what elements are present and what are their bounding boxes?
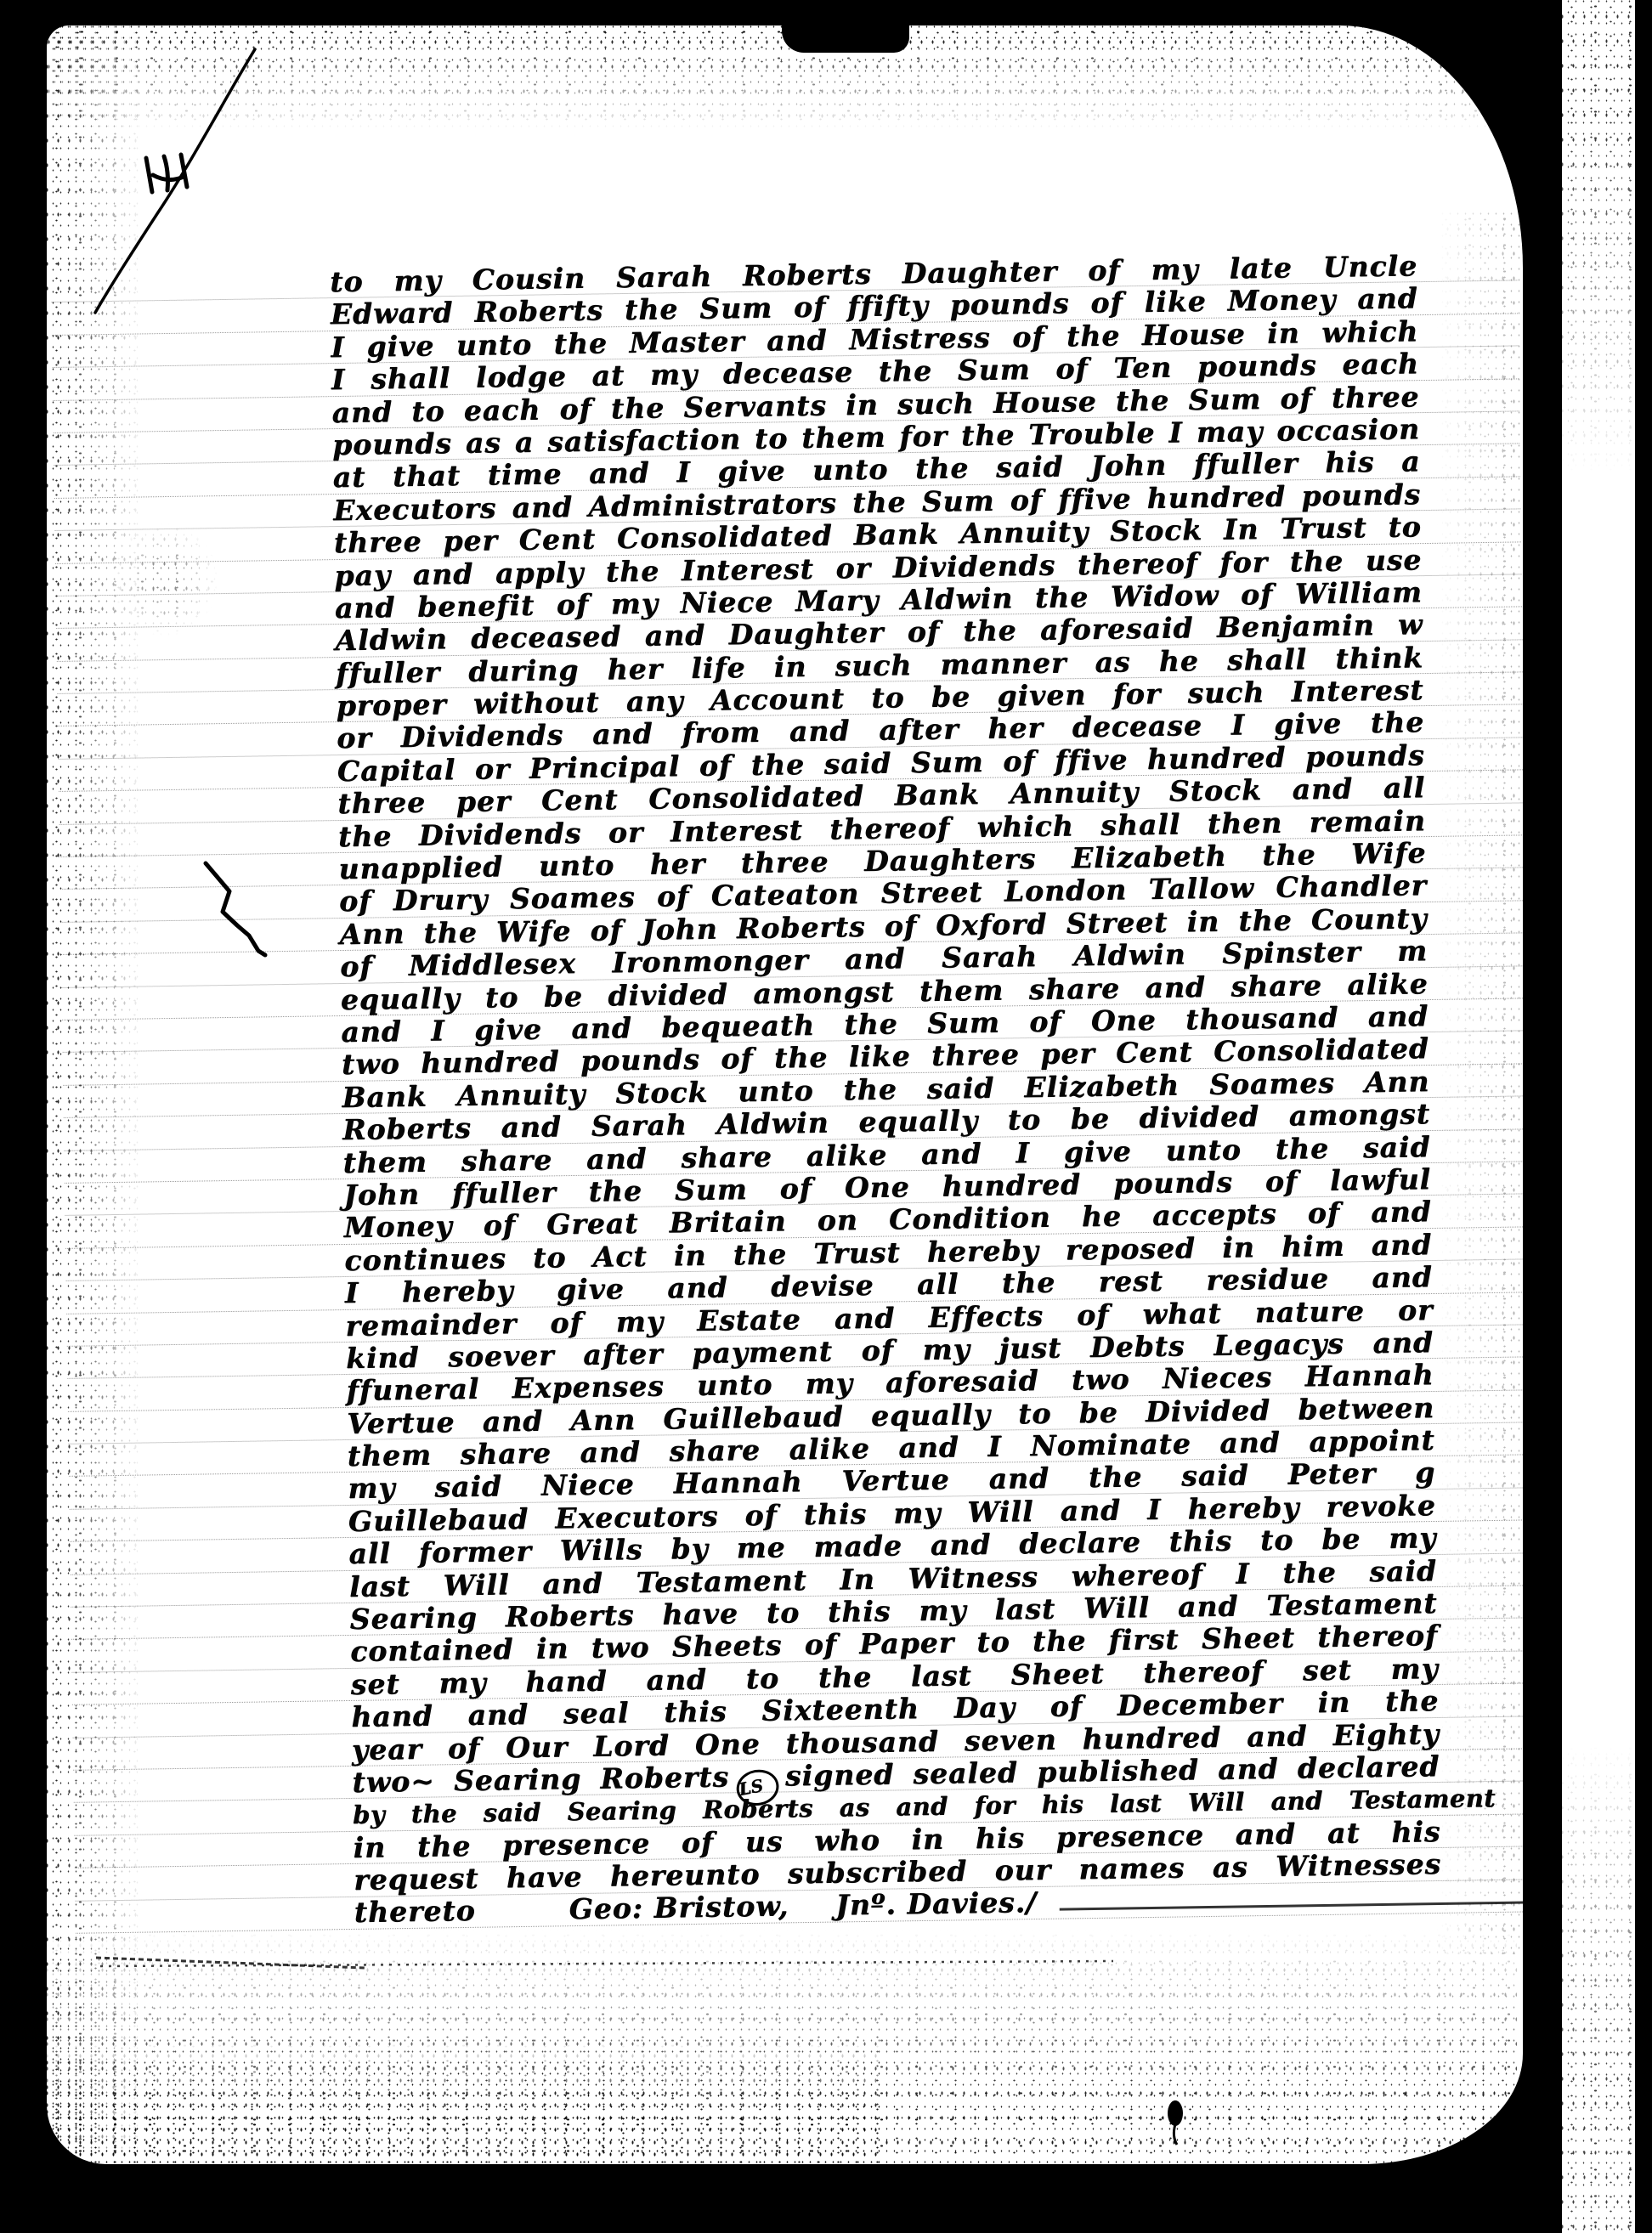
attestation-pre: two~ Searing Roberts bbox=[352, 1760, 729, 1799]
witness-line-prefix: thereto bbox=[354, 1895, 475, 1929]
scan-noise-gutter-bottom bbox=[1562, 1742, 1635, 2233]
scan-noise-bottom-dense bbox=[47, 2039, 880, 2164]
witness-signature-1: Geo: Bristow, bbox=[569, 1890, 789, 1925]
signature-rule-line bbox=[1059, 1901, 1524, 1910]
scan-noise-top bbox=[48, 25, 1493, 132]
scan-canvas: to my Cousin Sarah Roberts Daughter of m… bbox=[0, 0, 1652, 2233]
witness-signature-2: Jnº. Davies./ bbox=[835, 1886, 1037, 1922]
scan-border-blob bbox=[782, 24, 909, 53]
scan-noise-gutter-top bbox=[1562, 0, 1635, 476]
manuscript-text-block: to my Cousin Sarah Roberts Daughter of m… bbox=[51, 248, 1542, 1933]
